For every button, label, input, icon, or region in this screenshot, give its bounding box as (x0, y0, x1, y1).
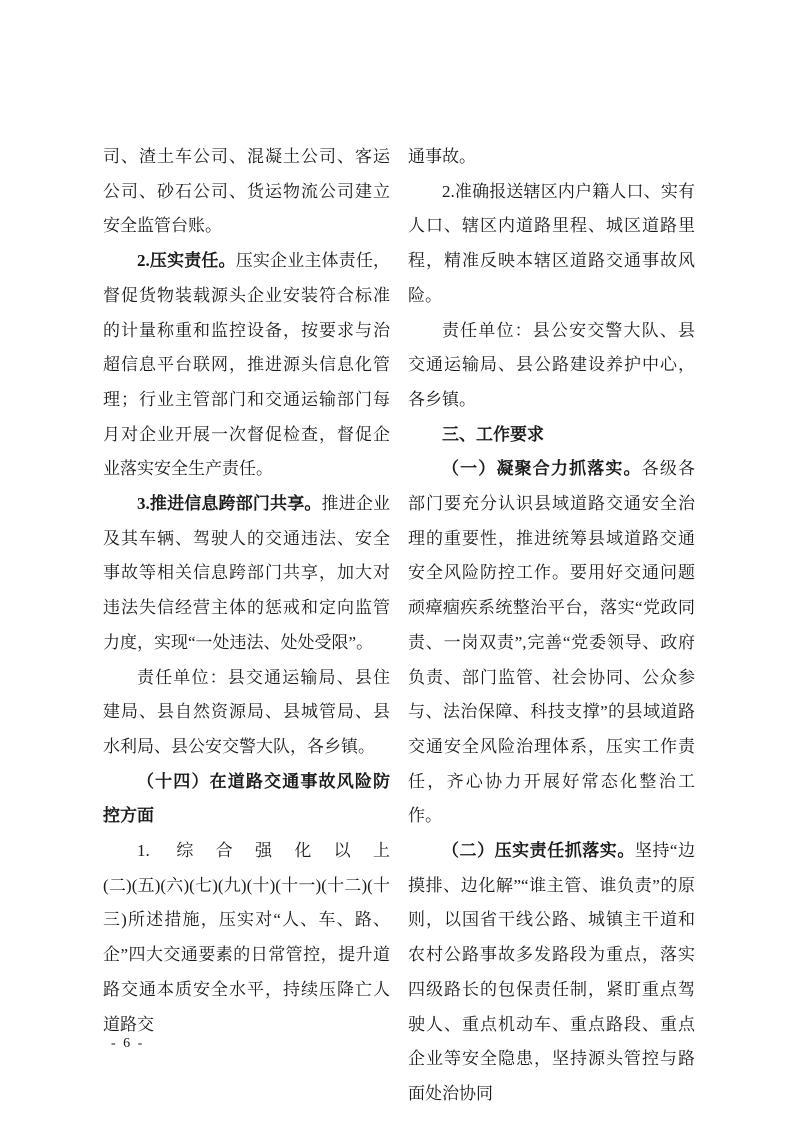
paragraph: 2.准确报送辖区内户籍人口、实有人口、辖区内道路里程、城区道路里程，精准反映本辖… (408, 175, 695, 314)
paragraph-text: 推进企业及其车辆、驾驶人的交通违法、安全事故等相关信息跨部门共享，加大对违法失信… (103, 494, 390, 652)
paragraph: 司、渣土车公司、混凝土公司、客运公司、砂石公司、货运物流公司建立安全监管台账。 (103, 140, 390, 244)
paragraph: （一）凝聚合力抓落实。各级各部门要充分认识县域道路交通安全治理的重要性，推进统筹… (408, 452, 695, 834)
paragraph: （二）压实责任抓落实。坚持“边摸排、边化解”“谁主管、谁负责”的原则，以国省干线… (408, 834, 695, 1112)
paragraph: 2.压实责任。压实企业主体责任，督促货物装载源头企业安装符合标准的计量称重和监控… (103, 244, 390, 487)
chapter-heading: 三、工作要求 (408, 418, 695, 453)
paragraph: 3.推进信息跨部门共享。推进企业及其车辆、驾驶人的交通违法、安全事故等相关信息跨… (103, 487, 390, 661)
responsible-units-paragraph: 责任单位：县公安交警大队、县交通运输局、县公路建设养护中心，各乡镇。 (408, 314, 695, 418)
paragraph-lead: 3.推进信息跨部门共享。 (137, 494, 322, 513)
paragraph-text: 压实企业主体责任，督促货物装载源头企业安装符合标准的计量称重和监控设备，按要求与… (103, 251, 390, 478)
right-column: 通事故。 2.准确报送辖区内户籍人口、实有人口、辖区内道路里程、城区道路里程，精… (408, 140, 695, 1112)
paragraph: (二)(五)(六)(七)(九)(十)(十一)(十二)(十三)所述措施，压实对“人… (103, 869, 390, 1043)
paragraph-lead: （一）凝聚合力抓落实。 (442, 459, 642, 478)
numbered-line: 1. 综合强化以上 (103, 834, 390, 869)
paragraph-text: 坚持“边摸排、边化解”“谁主管、谁负责”的原则，以国省干线公路、城镇主干道和农村… (408, 841, 695, 1103)
two-column-text: 司、渣土车公司、混凝土公司、客运公司、砂石公司、货运物流公司建立安全监管台账。 … (103, 140, 695, 1112)
page-number: - 6 - (111, 1036, 144, 1052)
paragraph: 通事故。 (408, 140, 695, 175)
responsible-units-paragraph: 责任单位：县交通运输局、县住建局、县自然资源局、县城管局、县水利局、县公安交警大… (103, 661, 390, 765)
document-page: 司、渣土车公司、混凝土公司、客运公司、砂石公司、货运物流公司建立安全监管台账。 … (0, 0, 793, 1122)
section-heading: （十四）在道路交通事故风险防控方面 (103, 765, 390, 834)
paragraph-lead: 2.压实责任。 (137, 251, 236, 270)
paragraph-lead: （二）压实责任抓落实。 (442, 841, 635, 860)
paragraph-text: 各级各部门要充分认识县域道路交通安全治理的重要性，推进统筹县域道路交通安全风险防… (408, 459, 695, 825)
left-column: 司、渣土车公司、混凝土公司、客运公司、砂石公司、货运物流公司建立安全监管台账。 … (103, 140, 390, 1112)
